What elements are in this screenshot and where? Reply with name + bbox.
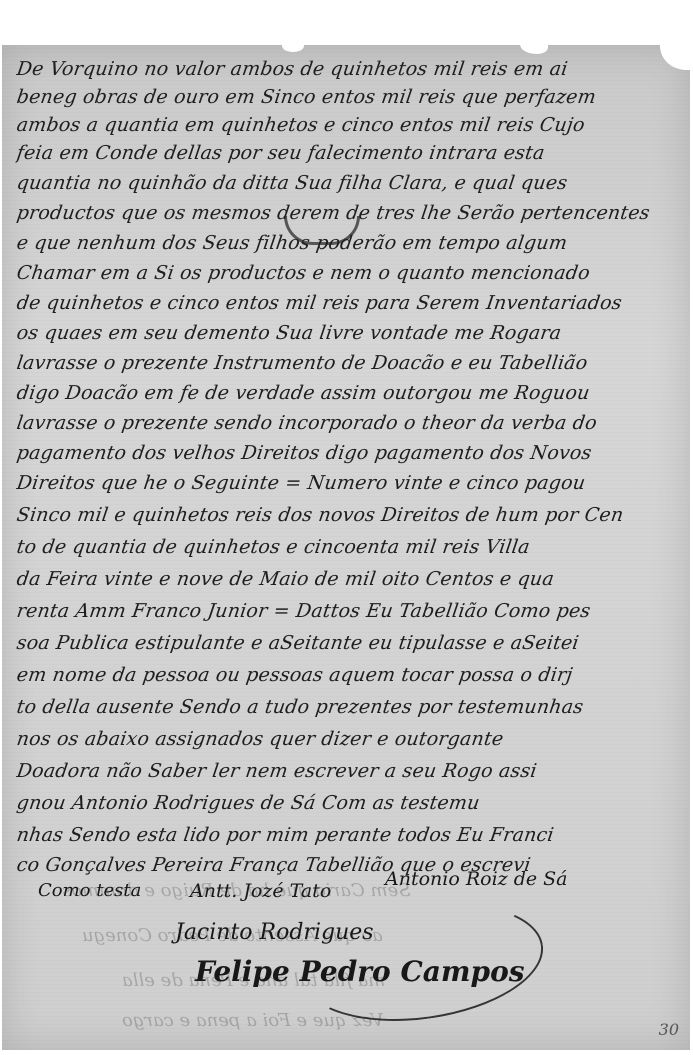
manuscript-line: de quinhetos e cinco entos mil reis para… bbox=[14, 292, 686, 326]
manuscript-line: Doadora não Saber ler nem escrever a seu… bbox=[14, 760, 686, 794]
manuscript-line: gnou Antonio Rodrigues de Sá Com as test… bbox=[14, 792, 686, 826]
manuscript-line: lavrasse o prezente sendo incorporado o … bbox=[14, 412, 686, 446]
manuscript-line: em nome da pessoa ou pessoas aquem tocar… bbox=[14, 664, 686, 698]
manuscript-line: renta Amm Franco Junior = Dattos Eu Tabe… bbox=[14, 600, 686, 634]
manuscript-line: da Feira vinte e nove de Maio de mil oit… bbox=[14, 568, 686, 602]
manuscript-line: lavrasse o prezente Instrumento de Doacã… bbox=[14, 352, 686, 386]
manuscript-line: to della ausente Sendo a tudo prezentes … bbox=[14, 696, 686, 730]
manuscript-line: Direitos que he o Seguinte = Numero vint… bbox=[14, 472, 686, 506]
manuscript-line: digo Doacão em fe de verdade assim outor… bbox=[14, 382, 686, 416]
manuscript-line: quantia no quinhão da ditta Sua filha Cl… bbox=[14, 172, 686, 206]
manuscript-line: nos os abaixo assignados quer dizer e ou… bbox=[14, 728, 686, 762]
witness-signature: Antt. Jozé Tato bbox=[190, 880, 331, 902]
page-number: 30 bbox=[659, 1020, 679, 1039]
manuscript-line: Sinco mil e quinhetos reis dos novos Dir… bbox=[14, 504, 686, 538]
manuscript-line: to de quantia de quinhetos e cincoenta m… bbox=[14, 536, 686, 570]
manuscript-line: soa Publica estipulante e aSeitante eu t… bbox=[14, 632, 686, 666]
manuscript-line: feia em Conde dellas por seu falecimento… bbox=[14, 142, 686, 176]
witness-label: Como testa bbox=[38, 880, 141, 901]
manuscript-line: pagamento dos velhos Direitos digo pagam… bbox=[14, 442, 686, 476]
manuscript-line: Chamar em a Si os productos e nem o quan… bbox=[14, 262, 686, 296]
manuscript-line: os quaes em seu demento Sua livre vontad… bbox=[14, 322, 686, 356]
manuscript-line: nhas Sendo esta lido por mim perante tod… bbox=[14, 824, 686, 858]
rogo-signature: Antonio Roiz de Sá bbox=[385, 868, 568, 890]
paper-tear bbox=[282, 40, 304, 52]
